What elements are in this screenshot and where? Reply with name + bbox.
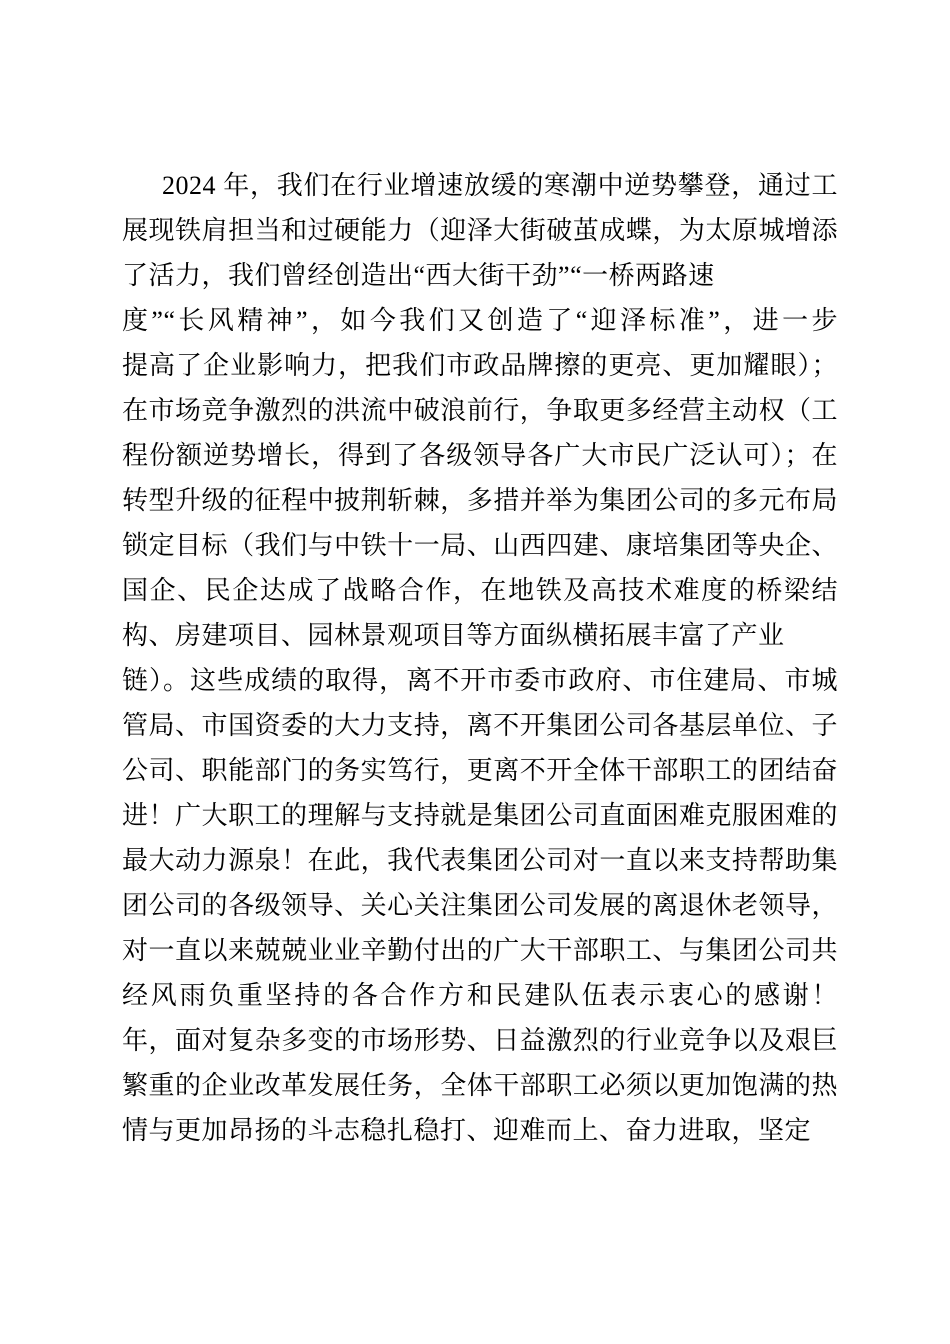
text-line: 团公司的各级领导、关心关注集团公司发展的离退休老领导，	[122, 883, 838, 928]
text-line: 锁定目标（我们与中铁十一局、山西四建、康培集团等央企、	[122, 523, 838, 568]
text-line: 管局、市国资委的大力支持，离不开集团公司各基层单位、子	[122, 703, 838, 748]
document-paragraph: 2024 年，我们在行业增速放缓的寒潮中逆势攀登，通过工程展现铁肩担当和过硬能力…	[122, 163, 838, 1153]
text-line: 公司、职能部门的务实笃行，更离不开全体干部职工的团结奋	[122, 748, 838, 793]
text-line: 进！广大职工的理解与支持就是集团公司直面困难克服困难的	[122, 793, 838, 838]
text-line: 度”“长风精神”，如今我们又创造了“迎泽标准”，进一步	[122, 298, 838, 343]
document-page: 2024 年，我们在行业增速放缓的寒潮中逆势攀登，通过工程展现铁肩担当和过硬能力…	[0, 0, 950, 1344]
text-line: 国企、民企达成了战略合作，在地铁及高技术难度的桥梁结	[122, 568, 838, 613]
text-line: 提高了企业影响力，把我们市政品牌擦的更亮、更加耀眼）；	[122, 343, 838, 388]
text-line: 经风雨负重坚持的各合作方和民建队伍表示衷心的感谢！2025	[122, 973, 838, 1018]
text-line: 年，面对复杂多变的市场形势、日益激烈的行业竞争以及艰巨	[122, 1018, 838, 1063]
text-line: 构、房建项目、园林景观项目等方面纵横拓展丰富了产业	[122, 613, 838, 658]
text-line: 最大动力源泉！在此，我代表集团公司对一直以来支持帮助集	[122, 838, 838, 883]
text-line: 在市场竞争激烈的洪流中破浪前行，争取更多经营主动权（工	[122, 388, 838, 433]
text-line: 对一直以来兢兢业业辛勤付出的广大干部职工、与集团公司共	[122, 928, 838, 973]
text-line: 繁重的企业改革发展任务，全体干部职工必须以更加饱满的热	[122, 1063, 838, 1108]
text-line: 展现铁肩担当和过硬能力（迎泽大街破茧成蝶，为太原城增添	[122, 208, 838, 253]
text-line: 了活力，我们曾经创造出“西大街干劲”“一桥两路速	[122, 253, 838, 298]
text-line: 链）。这些成绩的取得，离不开市委市政府、市住建局、市城	[122, 658, 838, 703]
text-line: 程份额逆势增长，得到了各级领导各广大市民广泛认可）；在	[122, 433, 838, 478]
text-line: 2024 年，我们在行业增速放缓的寒潮中逆势攀登，通过工程	[122, 163, 838, 208]
text-line: 情与更加昂扬的斗志稳扎稳打、迎难而上、奋力进取，坚定	[122, 1108, 838, 1153]
text-line: 转型升级的征程中披荆斩棘，多措并举为集团公司的多元布局	[122, 478, 838, 523]
